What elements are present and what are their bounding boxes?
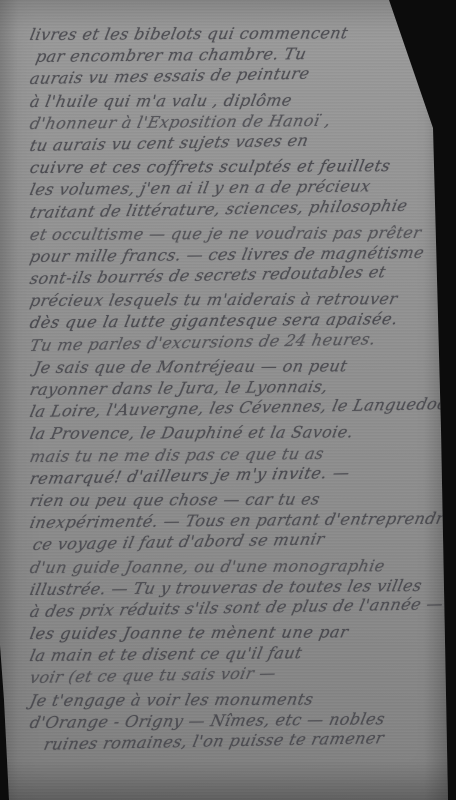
handwritten-text-block: livres et les bibelots qui commencent pa… (30, 24, 432, 756)
scanned-letter-page: livres et les bibelots qui commencent pa… (0, 0, 456, 800)
scan-background: livres et les bibelots qui commencent pa… (0, 0, 456, 800)
